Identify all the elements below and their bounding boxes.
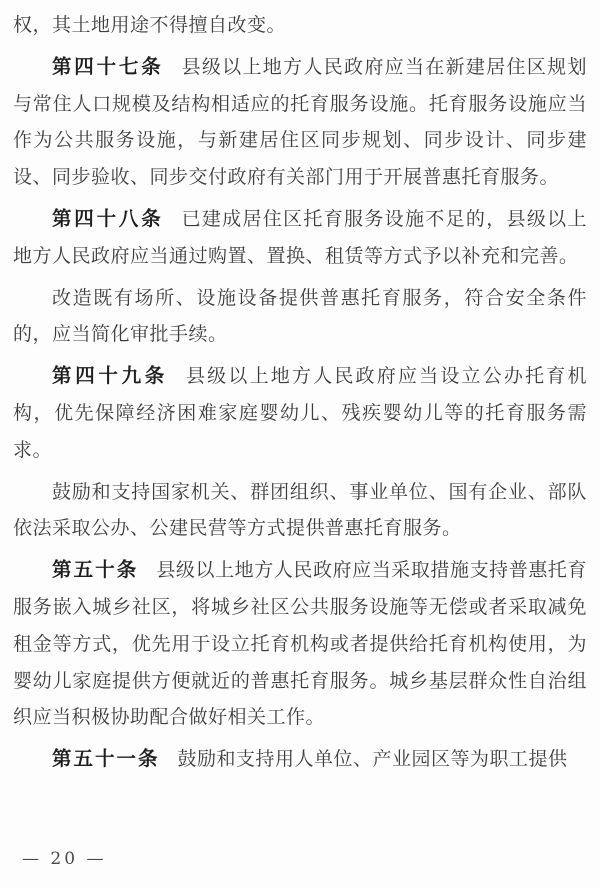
paragraph-article-48: 第四十八条已建成居住区托育服务设施不足的，县级以上地方人民政府应当通过购置、置换… [13, 201, 587, 275]
paragraph-article-48-clause-2: 改造既有场所、设施设备提供普惠托育服务，符合安全条件的，应当简化审批手续。 [13, 280, 587, 354]
paragraph-text: 改造既有场所、设施设备提供普惠托育服务，符合安全条件的，应当简化审批手续。 [13, 287, 587, 346]
paragraph-text: 鼓励和支持国家机关、群团组织、事业单位、国有企业、部队依法采取公办、公建民营等方… [13, 481, 587, 540]
article-50-number: 第五十条 [52, 558, 138, 581]
paragraph-article-51: 第五十一条鼓励和支持用人单位、产业园区等为职工提供 [13, 741, 587, 778]
paragraph-article-49-clause-2: 鼓励和支持国家机关、群团组织、事业单位、国有企业、部队依法采取公办、公建民营等方… [13, 474, 587, 548]
paragraph-article-50: 第五十条县级以上地方人民政府应当采取措施支持普惠托育服务嵌入城乡社区，将城乡社区… [13, 552, 587, 736]
article-47-number: 第四十七条 [52, 55, 164, 78]
paragraph-text: 县级以上地方人民政府应当采取措施支持普惠托育服务嵌入城乡社区，将城乡社区公共服务… [13, 559, 587, 728]
document-content: 权，其土地用途不得擅自改变。 第四十七条县级以上地方人民政府应当在新建居住区规划… [13, 7, 587, 783]
article-48-number: 第四十八条 [52, 207, 164, 230]
paragraph-text: 鼓励和支持用人单位、产业园区等为职工提供 [178, 748, 568, 770]
document-page: 权，其土地用途不得擅自改变。 第四十七条县级以上地方人民政府应当在新建居住区规划… [0, 0, 600, 887]
paragraph-article-49: 第四十九条县级以上地方人民政府应当设立公办托育机构，优先保障经济困难家庭婴幼儿、… [13, 358, 587, 468]
article-49-number: 第四十九条 [52, 364, 168, 387]
paragraph-continuation: 权，其土地用途不得擅自改变。 [13, 7, 587, 44]
article-51-number: 第五十一条 [52, 747, 160, 770]
page-number: — 20 — [22, 849, 106, 869]
paragraph-text: 权，其土地用途不得擅自改变。 [13, 14, 286, 36]
paragraph-article-47: 第四十七条县级以上地方人民政府应当在新建居住区规划与常住人口规模及结构相适应的托… [13, 49, 587, 196]
